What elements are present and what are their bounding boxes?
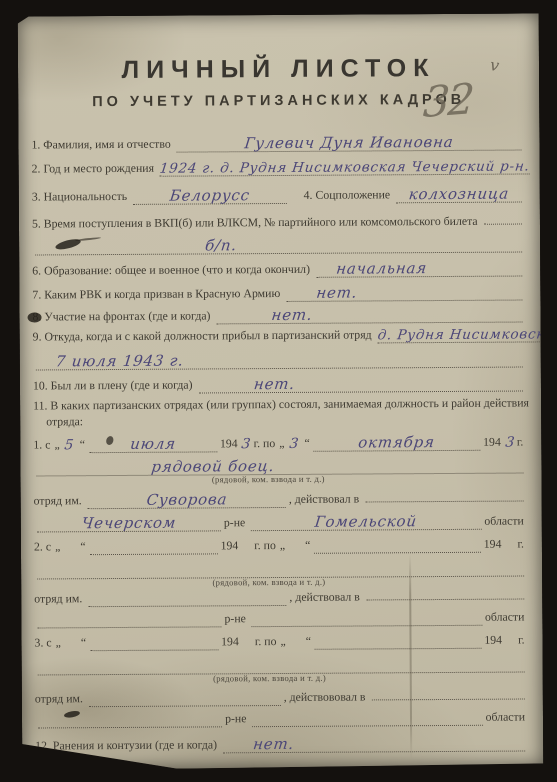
entry-1-position-line: рядовой боец. (рядовой, ком. взвода и т.… [36, 457, 523, 477]
entry-1-position-row: рядовой боец. (рядовой, ком. взвода и т.… [33, 456, 526, 476]
print-year: 194 [220, 437, 238, 451]
pencil-page-number: 32 [422, 74, 474, 127]
field-9-row: 9. Откуда, когда и с какой должности при… [33, 328, 526, 346]
print-quote-close: “ [306, 635, 311, 649]
field-12-label: 12. Ранения и контузии (где и когда) [35, 738, 217, 753]
entry-2-deystvoval-line [366, 586, 525, 601]
paper-crease-line [409, 554, 412, 759]
entry-3-position-line: (рядовой, ком. взвода и т. д.) [38, 658, 525, 676]
field-10-label: 10. Был ли в плену (где и когда) [33, 379, 193, 394]
entry-3-oblast-line [252, 711, 482, 727]
print-otryad: отряд им. [35, 692, 83, 706]
field-9-line: д. Рудня Нисимковская [378, 327, 557, 343]
print-rne: р-не [224, 612, 245, 626]
entry-2-dates-row: 2. с „ “ 194 г. по „ “ 194 г. [34, 537, 527, 555]
field-9-line2: 7 июля 1943 г. [36, 351, 523, 371]
field-2-value: 1924 г. д. Рудня Нисимковская Чечерский … [159, 160, 531, 176]
print-quote-close: “ [304, 437, 309, 451]
field-5-row: 5. Время поступления в ВКП(б) или ВЛКСМ,… [32, 211, 525, 232]
field-5-label: 5. Время поступления в ВКП(б) или ВЛКСМ,… [32, 215, 478, 231]
entry-1-region-row: Чечерском р-не Гомельской области [34, 512, 527, 532]
print-quote-close: “ [305, 539, 310, 553]
field-3-4-row: 3. Национальность Белорусс 4. Соцположен… [32, 186, 525, 206]
field-5-value: б/п. [204, 238, 238, 253]
field-4-value: колхозница [408, 187, 510, 203]
print-rne: р-не [224, 516, 245, 530]
form-content: ЛИЧНЫЙ ЛИСТОК ПО УЧЕТУ ПАРТИЗАНСКИХ КАДР… [18, 13, 544, 769]
print-otryad: отряд им. [34, 592, 82, 606]
field-3-value: Белорусс [169, 188, 251, 203]
field-5-line [484, 211, 522, 225]
print-year: 194 [484, 634, 502, 648]
field-1-row: 1. Фамилия, имя и отчество Гулевич Дуня … [31, 134, 524, 154]
print-s: с [45, 438, 50, 452]
print-deystvoval: , действовал в [289, 591, 359, 605]
field-1-line: Гулевич Дуня Ивановна [177, 134, 522, 153]
entry-3-dates-row: 3. с „ “ 194 г. по „ “ 194 г. [34, 633, 527, 651]
entry-3-otryad-row: отряд им. , действововал в [35, 685, 528, 707]
field-6-row: 6. Образование: общее и военное (что и к… [32, 260, 525, 280]
field-8-value: нет. [271, 308, 314, 323]
print-quote-close: “ [80, 438, 85, 452]
field-4-line: колхозница [396, 186, 522, 203]
field-8-label: 8. Участие на фронтах (где и когда) [33, 309, 211, 324]
entry-1-otryad-line: Суворова [88, 491, 286, 509]
print-g: г. [517, 436, 524, 450]
entry-3-number: 3. [34, 636, 43, 650]
field-3-line: Белорусс [133, 187, 287, 205]
position-caption: (рядовой, ком. взвода и т. д.) [212, 474, 325, 485]
field-5-line2: б/п. [35, 236, 522, 256]
field-7-label: 7. Каким РВК и когда призван в Красную А… [32, 287, 280, 302]
entry-1-day-to: 3 [285, 437, 305, 451]
print-g: г. [517, 538, 524, 552]
field-7-value: нет. [315, 286, 358, 301]
field-9-value: д. Рудня Нисимковская [377, 328, 557, 343]
field-1-value: Гулевич Дуня Ивановна [244, 135, 455, 151]
entry-2-oblast-line [252, 611, 482, 627]
print-quote-open: „ [280, 539, 285, 553]
print-po: г. по [255, 635, 277, 649]
entry-1-oblast: Гомельской [314, 514, 418, 530]
entry-2-rayon-line [37, 612, 221, 628]
print-year: 194 [221, 539, 239, 553]
entry-3-month-from-line [90, 635, 218, 650]
document-paper: ЛИЧНЫЙ ЛИСТОК ПО УЧЕТУ ПАРТИЗАНСКИХ КАДР… [18, 13, 544, 769]
entry-1-oblast-line: Гомельской [251, 513, 481, 531]
print-oblast: области [485, 611, 525, 625]
field-12-value: нет. [252, 737, 295, 752]
print-otryad: отряд им. [34, 494, 82, 508]
ink-smudge [28, 312, 42, 322]
field-12-row: 12. Ранения и контузии (где и когда) нет… [35, 734, 528, 754]
field-6-line: начальная [316, 260, 522, 278]
print-rne: р-не [225, 712, 246, 726]
entry-3-region-row: р-не области [35, 710, 528, 728]
entry-1-otryad-name: Суворова [146, 492, 228, 508]
entry-2-otryad-line [88, 591, 286, 607]
entry-3-month-to-line [315, 634, 481, 650]
entry-1-rayon-line: Чечерском [37, 514, 221, 532]
field-9-value2: 7 июля 1943 г. [55, 354, 185, 370]
entry-1-month-to-line: октября [314, 434, 480, 452]
print-s: с [46, 540, 51, 554]
position-caption: (рядовой, ком. взвода и т. д.) [213, 673, 326, 684]
entry-3-deystvoval-line [371, 686, 524, 701]
entry-1-day-from: 5 [60, 438, 80, 452]
entry-2-position-row: (рядовой, ком. взвода и т. д.) [34, 561, 527, 579]
field-4-label: 4. Соцположение [304, 188, 391, 202]
entry-1-position: рядовой боец. [151, 459, 276, 475]
print-quote-close: “ [81, 636, 86, 650]
print-year: 194 [221, 635, 239, 649]
field-2-row: 2. Год и место рождения 1924 г. д. Рудня… [32, 160, 525, 178]
field-3-label: 3. Национальность [32, 190, 127, 204]
print-year: 194 [484, 538, 502, 552]
entry-1-deystvoval-line [365, 488, 524, 503]
field-12-line: нет. [223, 735, 525, 753]
field-11-label: 11. В каких партизанских отрядах (или гр… [33, 396, 529, 413]
print-quote-close: “ [80, 540, 85, 554]
field-11-row: 11. В каких партизанских отрядах (или гр… [33, 397, 526, 414]
field-10-row: 10. Был ли в плену (где и когда) нет. [33, 375, 526, 395]
entry-3-position-row: (рядовой, ком. взвода и т. д.) [35, 657, 528, 675]
field-10-value: нет. [253, 377, 296, 392]
print-quote-open: „ [56, 636, 61, 650]
entry-2-otryad-row: отряд им. , действовал в [34, 585, 527, 607]
entry-2-number: 2. [34, 540, 43, 554]
field-6-value: начальная [335, 261, 428, 277]
print-deystvoval: , действововал в [284, 690, 366, 704]
field-8-line: нет. [216, 306, 522, 324]
entry-1-otryad-row: отряд им. Суворова , действовал в [34, 487, 527, 509]
print-s: с [46, 636, 51, 650]
entry-2-month-from-line [90, 539, 218, 554]
print-quote-open: „ [280, 635, 285, 649]
print-deystvoval: , действовал в [289, 493, 359, 507]
field-11-row2: отряда: [46, 412, 526, 428]
entry-1-rayon: Чечерском [81, 516, 177, 532]
entry-1-month-to: октября [358, 435, 436, 450]
field-7-row: 7. Каким РВК и когда призван в Красную А… [32, 284, 525, 304]
field-8-row: 8. Участие на фронтах (где и когда) нет. [32, 306, 525, 326]
field-2-label: 2. Год и место рождения [32, 162, 154, 176]
entry-2-position-line: (рядовой, ком. взвода и т. д.) [37, 562, 524, 580]
print-year: 194 [483, 436, 501, 450]
entry-2-region-row: р-не области [34, 610, 527, 628]
field-7-line: нет. [286, 284, 522, 302]
field-11-label2: отряда: [46, 415, 83, 429]
print-g: г. [518, 634, 525, 648]
print-oblast: области [486, 711, 526, 725]
print-oblast: области [484, 515, 524, 529]
entry-1-number: 1. [33, 438, 42, 452]
print-po: г. по [254, 539, 276, 553]
entry-2-month-to-line [314, 538, 480, 554]
entry-1-year-from: 3 [240, 437, 254, 451]
field-10-line: нет. [198, 375, 523, 394]
field-5-continuation-row: б/п. [32, 236, 525, 256]
entry-1-year-to: 3 [503, 436, 517, 450]
entry-3-otryad-line [89, 691, 281, 707]
field-9-label: 9. Откуда, когда и с какой должности при… [33, 328, 372, 344]
entry-1-month-from: июля [129, 437, 176, 452]
field-6-label: 6. Образование: общее и военное (что и к… [32, 263, 310, 278]
field-1-label: 1. Фамилия, имя и отчество [31, 138, 170, 152]
field-9-continuation-row: 7 июля 1943 г. [33, 351, 526, 371]
print-po: г. по [254, 437, 276, 451]
field-2-line: 1924 г. д. Рудня Нисимковская Чечерский … [160, 159, 530, 176]
print-quote-open: „ [55, 540, 60, 554]
